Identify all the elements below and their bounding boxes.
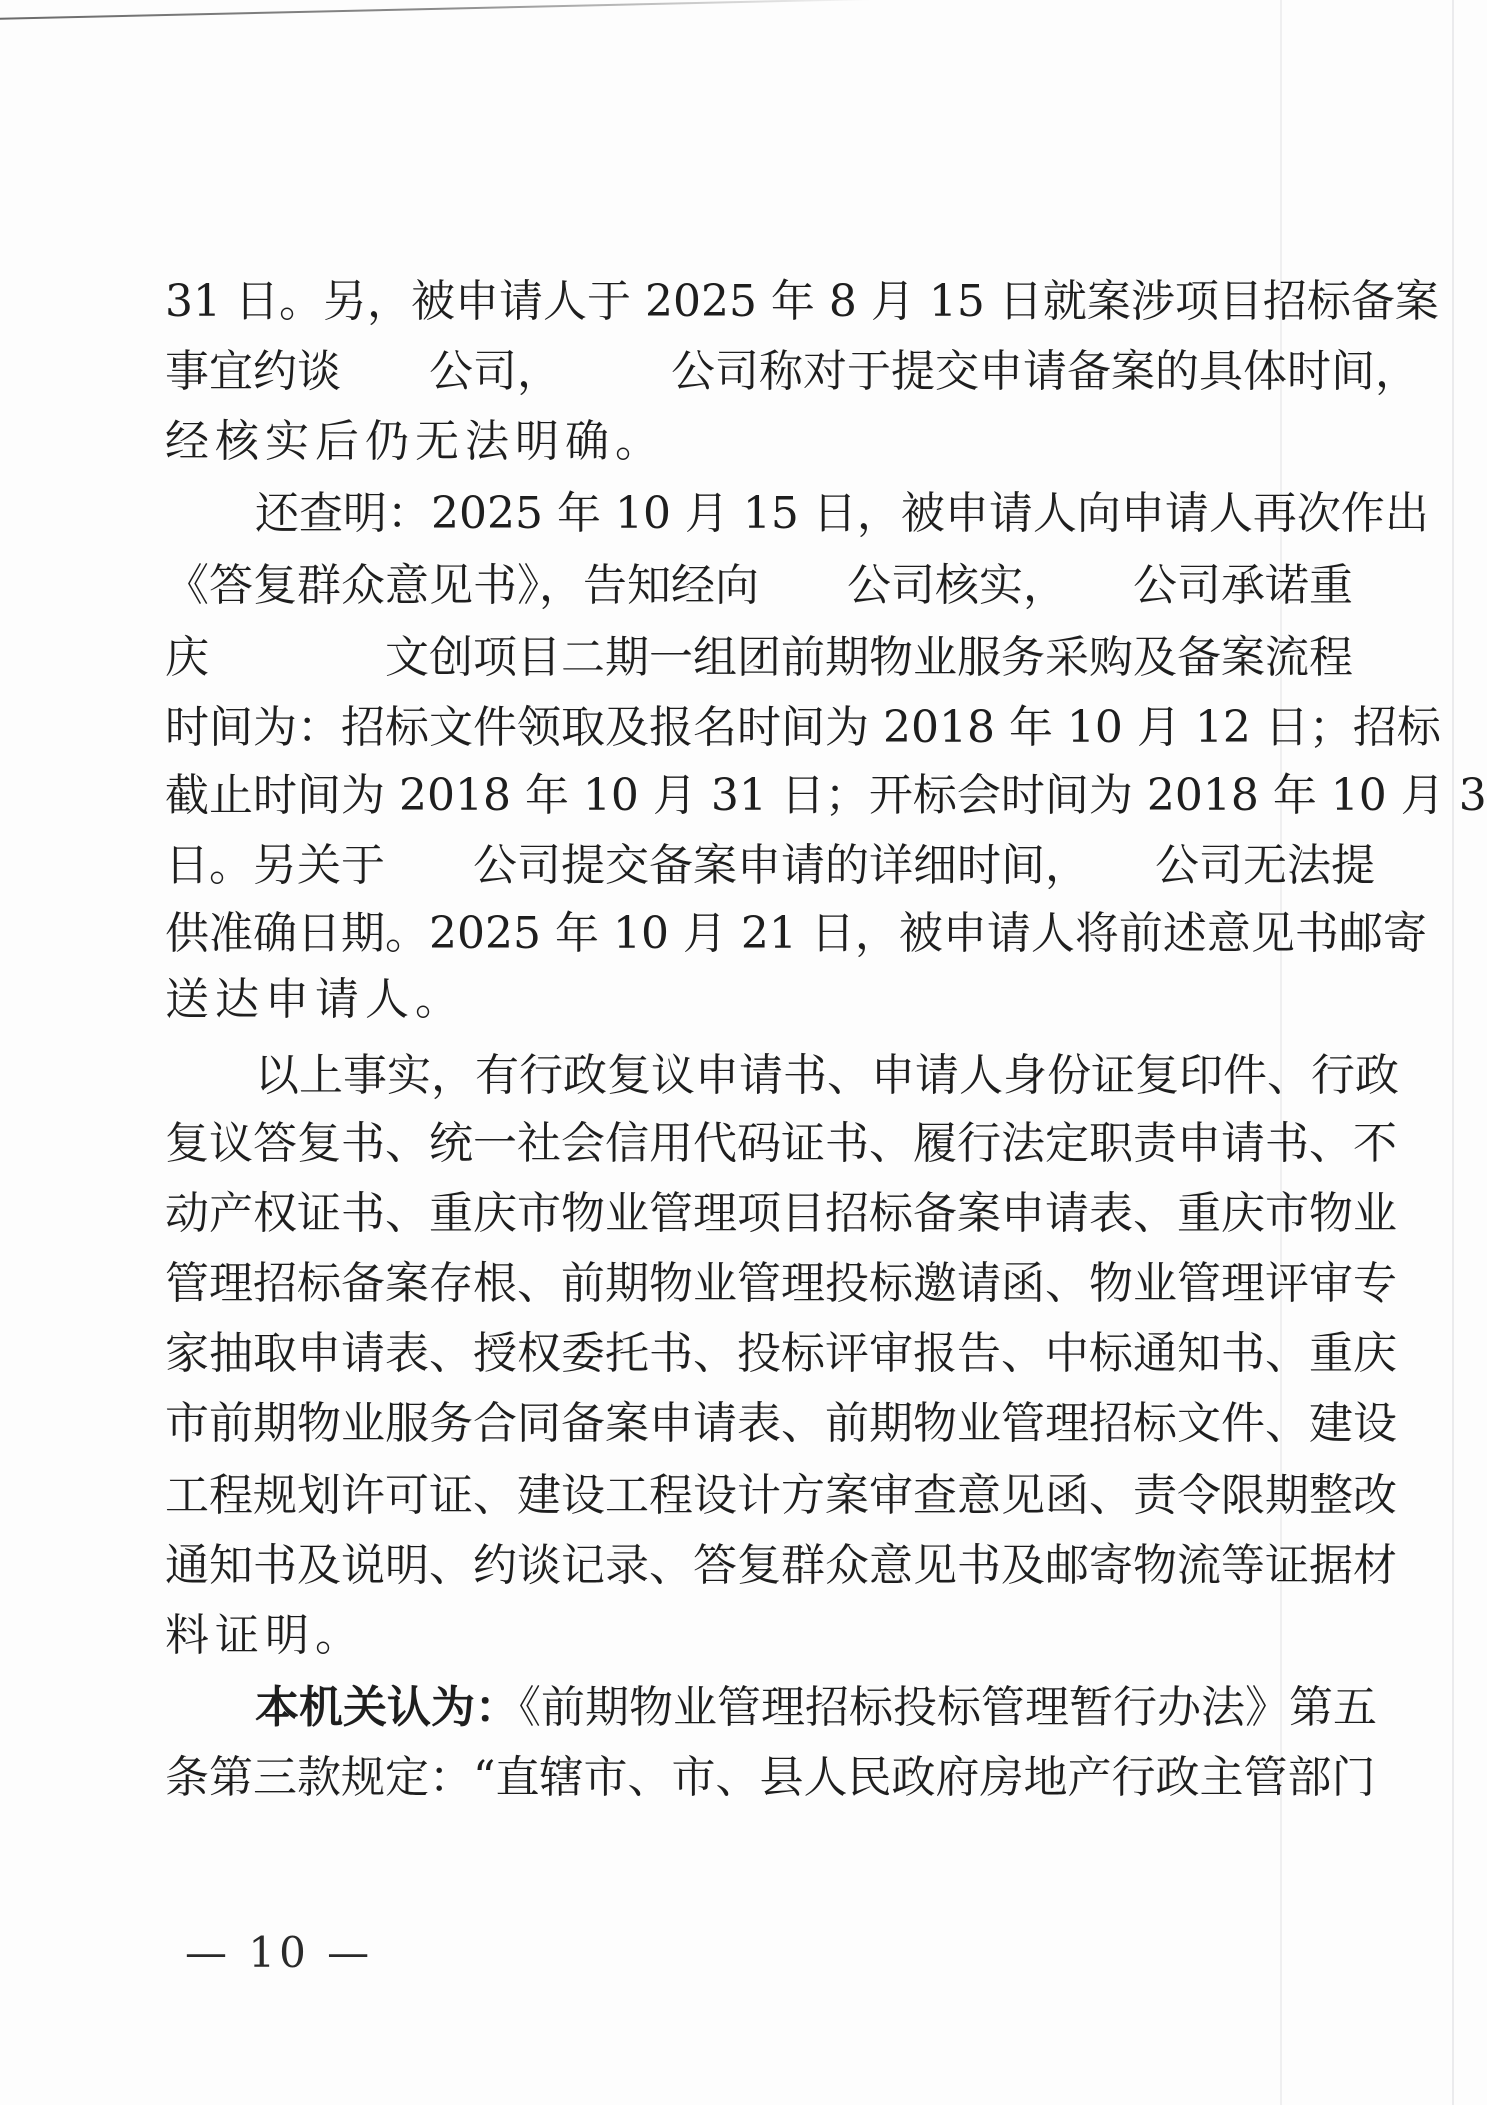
text-line: 市前期物业服务合同备案申请表、前期物业管理招标文件、建设 [165,1394,1262,1454]
text-line: 通知书及说明、约谈记录、答复群众意见书及邮寄物流等证据材 [165,1536,1262,1596]
text-line: 送达申请人。 [165,970,1262,1030]
text-line: 管理招标备案存根、前期物业管理投标邀请函、物业管理评审专 [165,1254,1262,1314]
text-line: 供准确日期。2025 年 10 月 21 日，被申请人将前述意见书邮寄 [165,904,1262,964]
text-line: 复议答复书、统一社会信用代码证书、履行法定职责申请书、不 [165,1114,1262,1174]
bold-heading-lead: 本机关认为： [255,1682,519,1733]
text-line: 日。另关于 公司提交备案申请的详细时间， 公司无法提 [165,836,1262,896]
text-line: 工程规划许可证、建设工程设计方案审查意见函、责令限期整改 [165,1466,1262,1526]
text-line: 时间为：招标文件领取及报名时间为 2018 年 10 月 12 日；招标 [165,698,1262,758]
text-line: 《答复群众意见书》，告知经向 公司核实， 公司承诺重 [165,556,1262,616]
scan-stripe [1452,0,1454,2105]
text-line: 庆 文创项目二期一组团前期物业服务采购及备案流程 [165,628,1262,688]
scan-edge-line [0,0,890,20]
text-line: 截止时间为 2018 年 10 月 31 日；开标会时间为 2018 年 10 … [165,766,1262,826]
paragraph-start: 还查明：2025 年 10 月 15 日，被申请人向申请人再次作出 [255,484,1262,544]
paragraph-start: 本机关认为：《前期物业管理招标投标管理暂行办法》第五 [255,1678,1262,1738]
text-line: 料证明。 [165,1606,1262,1666]
text-line: 家抽取申请表、授权委托书、投标评审报告、中标通知书、重庆 [165,1324,1262,1384]
text-line-rest: 《前期物业管理招标投标管理暂行办法》第五 [519,1682,1377,1733]
text-line: 事宜约谈 公司， 公司称对于提交申请备案的具体时间， [165,342,1262,402]
text-line: 动产权证书、重庆市物业管理项目招标备案申请表、重庆市物业 [165,1184,1262,1244]
page-number: — 10 — [185,1925,373,1981]
paragraph-start: 以上事实，有行政复议申请书、申请人身份证复印件、行政 [255,1046,1262,1106]
text-line: 31 日。另，被申请人于 2025 年 8 月 15 日就案涉项目招标备案 [165,272,1262,332]
text-line: 条第三款规定：“直辖市、市、县人民政府房地产行政主管部门 [165,1748,1262,1808]
text-line: 经核实后仍无法明确。 [165,412,1262,472]
